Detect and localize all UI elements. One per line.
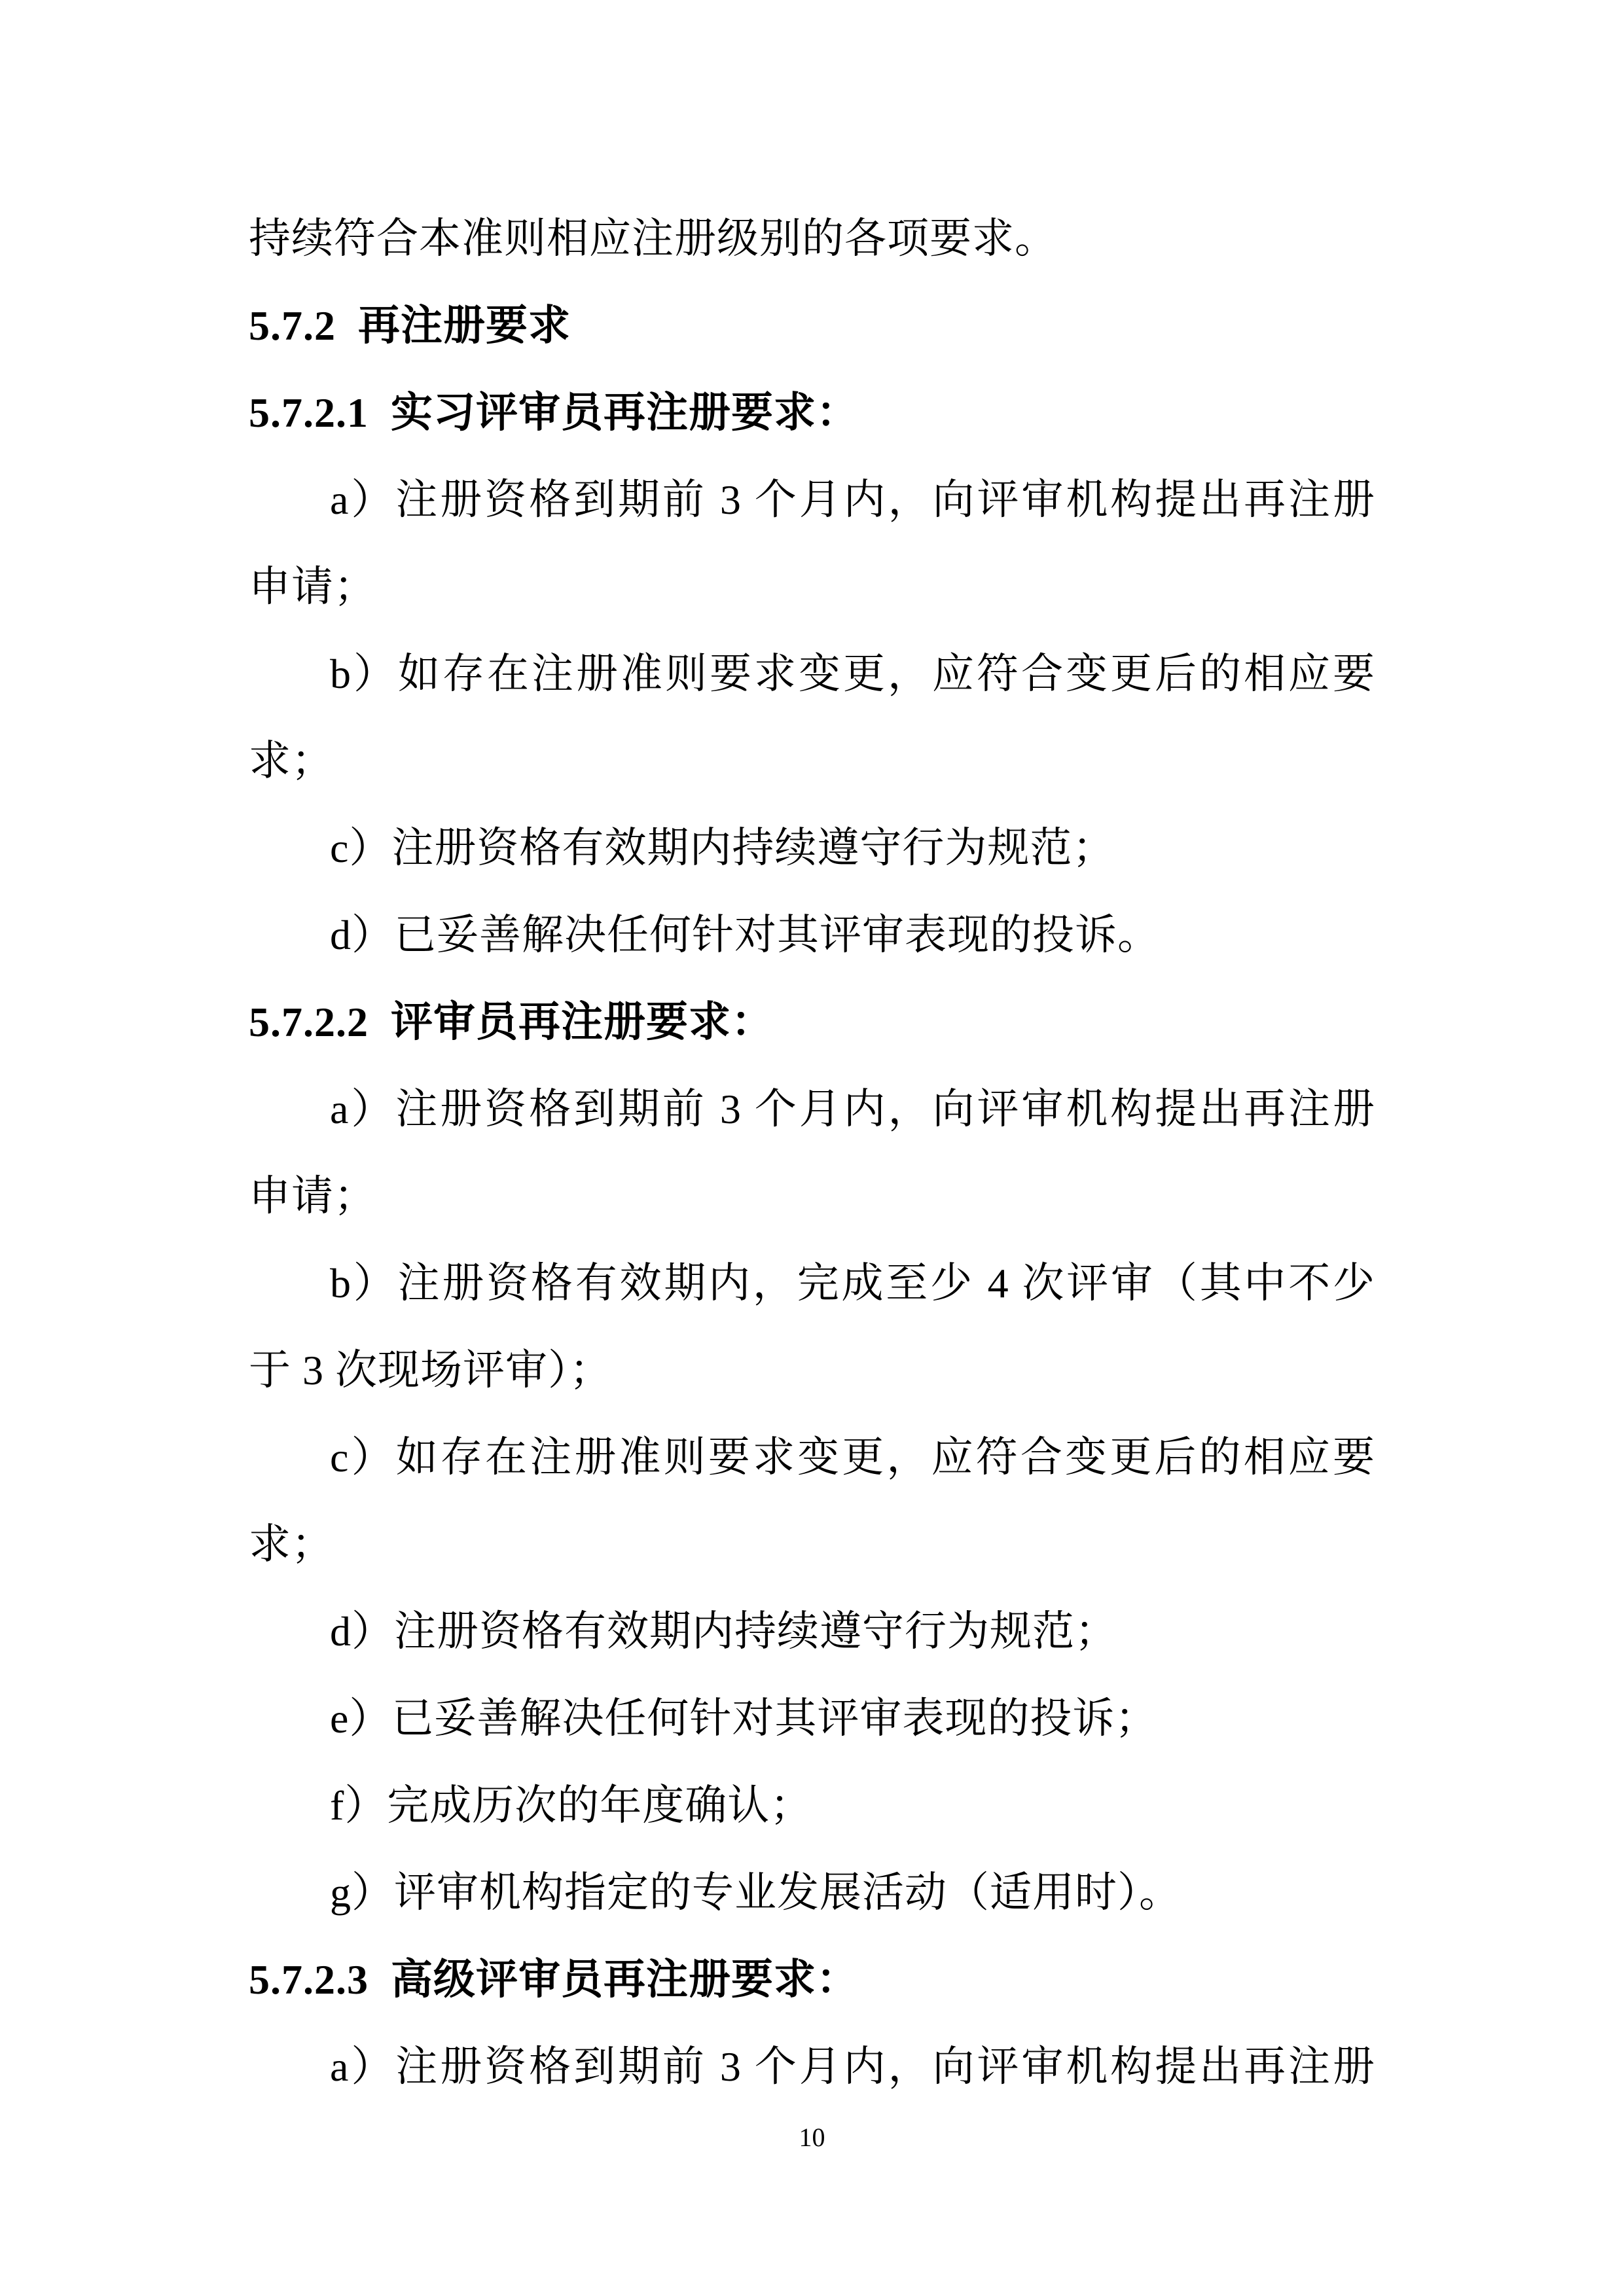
document-page: 持续符合本准则相应注册级别的各项要求。 5.7.2 再注册要求 5.7.2.1 … [0, 0, 1624, 2296]
section-heading-5-7-2-2: 5.7.2.2 评审员再注册要求： [249, 978, 1375, 1066]
section-heading-5-7-2-1: 5.7.2.1 实习评审员再注册要求： [249, 369, 1375, 456]
paragraph-continuation: 申请； [249, 543, 1375, 630]
list-item-e: e）已妥善解决任何针对其评审表现的投诉； [249, 1675, 1375, 1762]
paragraph-continuation: 求； [249, 1501, 1375, 1588]
page-body-text: 持续符合本准则相应注册级别的各项要求。 5.7.2 再注册要求 5.7.2.1 … [249, 195, 1375, 2110]
paragraph-continuation: 持续符合本准则相应注册级别的各项要求。 [249, 195, 1375, 282]
list-item-g: g）评审机构指定的专业发展活动（适用时）。 [249, 1849, 1375, 1936]
section-heading-5-7-2-3: 5.7.2.3 高级评审员再注册要求： [249, 1936, 1375, 2023]
paragraph-continuation: 申请； [249, 1153, 1375, 1240]
section-heading-5-7-2: 5.7.2 再注册要求 [249, 282, 1375, 369]
list-item-a: a）注册资格到期前 3 个月内，向评审机构提出再注册 [249, 1066, 1375, 1153]
list-item-d: d）已妥善解决任何针对其评审表现的投诉。 [249, 891, 1375, 978]
paragraph-continuation: 求； [249, 717, 1375, 804]
list-item-f: f）完成历次的年度确认； [249, 1762, 1375, 1849]
list-item-c: c）注册资格有效期内持续遵守行为规范； [249, 804, 1375, 891]
paragraph-continuation: 于 3 次现场评审）； [249, 1327, 1375, 1414]
list-item-d: d）注册资格有效期内持续遵守行为规范； [249, 1588, 1375, 1675]
list-item-a: a）注册资格到期前 3 个月内，向评审机构提出再注册 [249, 2023, 1375, 2110]
list-item-b: b）注册资格有效期内，完成至少 4 次评审（其中不少 [249, 1240, 1375, 1327]
page-number: 10 [0, 2122, 1624, 2153]
list-item-c: c）如存在注册准则要求变更，应符合变更后的相应要 [249, 1414, 1375, 1501]
list-item-b: b）如存在注册准则要求变更，应符合变更后的相应要 [249, 630, 1375, 717]
list-item-a: a）注册资格到期前 3 个月内，向评审机构提出再注册 [249, 456, 1375, 543]
